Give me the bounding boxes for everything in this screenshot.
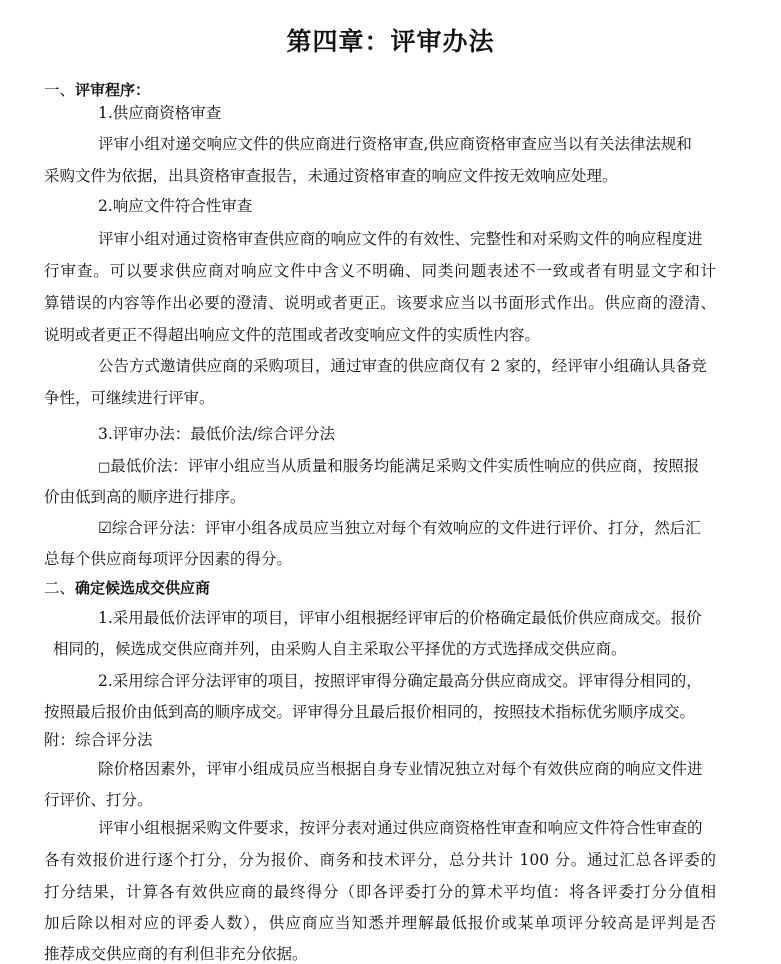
item2-note-line: 公告方式邀请供应商的采购项目，通过审查的供应商仅有 2 家的，经评审小组确认具备…: [98, 356, 716, 376]
appendix-para2-line: 推荐成交供应商的有利但非充分依据。: [44, 944, 308, 964]
section1-prefix: 一、: [44, 81, 75, 99]
item2-note-line: 争性，可继续进行评审。: [44, 388, 215, 408]
appendix-para1-line: 行评价、打分。: [44, 790, 153, 810]
option-lowest-line: 价由低到高的顺序进行排序。: [44, 487, 246, 507]
appendix-para2-line: 打分结果，计算各有效供应商的最终得分（即各评委打分的算术平均值：将各评委打分分值…: [44, 882, 716, 902]
item1-line: 采购文件为依据，出具资格审查报告，未通过资格审查的响应文件按无效响应处理。: [44, 166, 618, 186]
section2-item2-line: 按照最后报价由低到高的顺序成交。评审得分且最后报价相同的，按照技术指标优劣顺序成…: [44, 702, 695, 722]
item2-line: 说明或者更正不得超出响应文件的范围或者改变响应文件的实质性内容。: [44, 325, 540, 345]
section2-item1-line: 相同的，候选成交供应商并列，由采购人自主采取公平择优的方式选择成交供应商。: [53, 639, 627, 659]
section1-title: 评审程序：: [75, 81, 150, 99]
chapter-title: 第四章：评审办法: [0, 22, 781, 58]
option-comprehensive-text: 综合评分法：评审小组各成员应当独立对每个有效响应的文件进行评价、打分，然后汇: [112, 519, 701, 537]
item2-title: 2.响应文件符合性审查: [98, 196, 252, 216]
appendix-para2-line: 各有效报价进行逐个打分，分为报价、商务和技术评分，总分共计 100 分。通过汇总…: [44, 850, 716, 870]
appendix-para2-line: 评审小组根据采购文件要求，按评分表对通过供应商资格性审查和响应文件符合性审查的: [98, 818, 716, 838]
option-lowest-text: 最低价法：评审小组应当从质量和服务均能满足采购文件实质性响应的供应商，按照报: [110, 457, 699, 475]
option-lowest-price: □最低价法：评审小组应当从质量和服务均能满足采购文件实质性响应的供应商，按照报: [98, 456, 699, 478]
item3-title: 3.评审办法：最低价法/综合评分法: [98, 424, 335, 444]
section2-prefix: 二、: [44, 579, 75, 597]
section2-heading: 二、确定候选成交供应商: [44, 578, 210, 598]
option-comprehensive: ☑综合评分法：评审小组各成员应当独立对每个有效响应的文件进行评价、打分，然后汇: [98, 518, 701, 538]
appendix-title: 附：综合评分法: [44, 730, 153, 750]
item1-line: 评审小组对递交响应文件的供应商进行资格审查,供应商资格审查应当以有关法律法规和: [98, 134, 716, 154]
section2-item1-line: 1.采用最低价法评审的项目，评审小组根据经评审后的价格确定最低价供应商成交。报价: [98, 608, 702, 628]
option-comprehensive-line: 总每个供应商每项评分因素的得分。: [44, 549, 292, 569]
appendix-para2-line: 加后除以相对应的评委人数），供应商应当知悉并理解最低报价或某单项评分较高是评判是…: [44, 913, 716, 933]
document-page: 第四章：评审办法 一、评审程序： 1.供应商资格审查 评审小组对递交响应文件的供…: [0, 0, 781, 964]
section2-title: 确定候选成交供应商: [75, 579, 210, 597]
section2-item2-line: 2.采用综合评分法评审的项目，按照评审得分确定最高分供应商成交。评审得分相同的，: [98, 671, 702, 691]
section1-heading: 一、评审程序：: [44, 80, 150, 100]
checkbox-checked-icon[interactable]: ☑: [98, 519, 112, 537]
appendix-para1-line: 除价格因素外，评审小组成员应当根据自身专业情况独立对每个有效供应商的响应文件进: [98, 759, 716, 779]
item2-line: 算错误的内容等作出必要的澄清、说明或者更正。该要求应当以书面形式作出。供应商的澄…: [44, 293, 716, 313]
item2-line: 评审小组对通过资格审查供应商的响应文件的有效性、完整性和对采购文件的响应程度进: [98, 229, 716, 249]
item1-title: 1.供应商资格审查: [98, 103, 221, 123]
item2-line: 行审查。可以要求供应商对响应文件中含义不明确、同类问题表述不一致或者有明显文字和…: [44, 261, 716, 281]
checkbox-unchecked-icon[interactable]: □: [98, 460, 110, 475]
